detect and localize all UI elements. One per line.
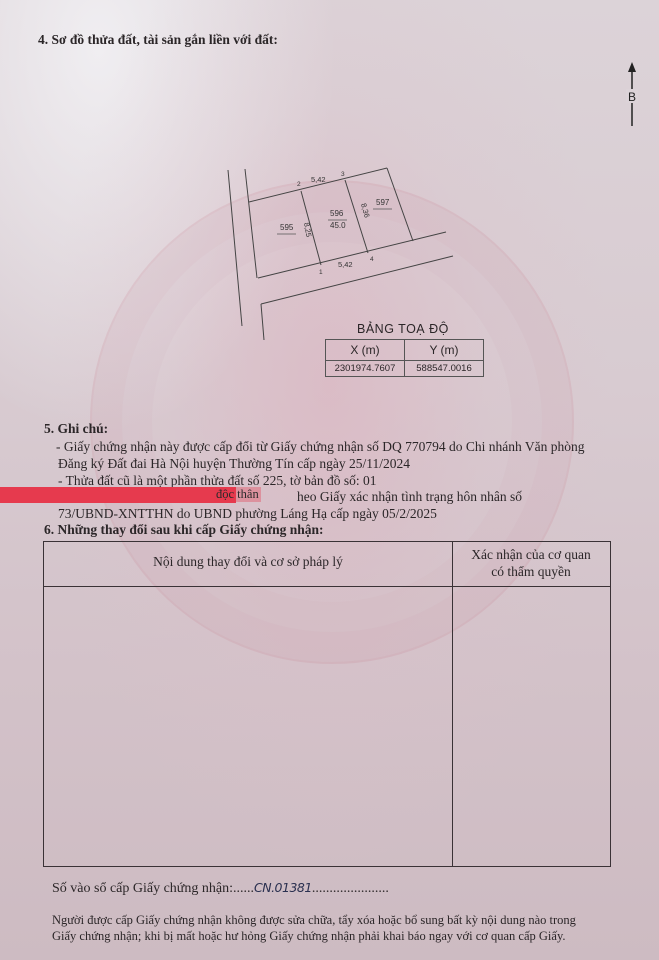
coord-y-value: 588547.0016 [405, 361, 484, 377]
warning-line-2: Giấy chứng nhận; khi bị mất hoặc hư hỏng… [52, 928, 566, 945]
parcel-596-label: 596 [330, 209, 344, 218]
north-label: B [628, 90, 636, 104]
section-5-heading: 5. Ghi chú: [44, 421, 108, 437]
north-arrow-icon: B [625, 62, 639, 128]
point-1-label: 1 [319, 269, 323, 276]
register-label: Số vào sổ cấp Giấy chứng nhận:...... [52, 881, 254, 896]
redacted-fragment: độc thân [214, 487, 261, 502]
parcel-597-label: 597 [376, 198, 390, 207]
changes-table: Nội dung thay đổi và cơ sở pháp lý Xác n… [43, 541, 611, 867]
register-value: CN.01381 [254, 880, 312, 895]
register-dots: ...................... [312, 881, 389, 896]
section-4-heading: 4. Sơ đồ thửa đất, tài sản gắn liền với … [38, 32, 278, 48]
point-2-label: 2 [297, 181, 301, 188]
coord-x-value: 2301974.7607 [326, 361, 405, 377]
coord-header-x: X (m) [326, 340, 405, 361]
coord-table: X (m) Y (m) 2301974.7607 588547.0016 [325, 339, 484, 377]
edge-right-length: 8,36 [359, 202, 371, 218]
warning-line-1: Người được cấp Giấy chứng nhận không đượ… [52, 912, 576, 929]
note-line-5: 73/UBND-XNTTHN do UBND phường Láng Hạ cấ… [58, 505, 437, 522]
note-line-2: Đăng ký Đất đai Hà Nội huyện Thường Tín … [58, 455, 410, 472]
edge-top-length: 5,42 [311, 175, 326, 184]
coord-table-title: BẢNG TOẠ ĐỘ [357, 322, 449, 336]
confirmation-line-1: Xác nhận của cơ quan [452, 546, 610, 563]
parcel-595-label: 595 [280, 223, 294, 232]
changes-header-content: Nội dung thay đổi và cơ sở pháp lý [44, 554, 452, 570]
parcel-diagram: 2 3 1 4 5,42 5,42 8,25 8,36 595 596 45.0… [220, 160, 490, 340]
parcel-596-area: 45.0 [330, 221, 346, 230]
changes-header-confirmation: Xác nhận của cơ quan có thẩm quyền [452, 546, 610, 580]
edge-left-length: 8,25 [302, 222, 313, 238]
confirmation-line-2: có thẩm quyền [452, 563, 610, 580]
section-6-heading: 6. Những thay đổi sau khi cấp Giấy chứng… [44, 522, 324, 538]
point-4-label: 4 [370, 256, 374, 263]
redaction-bar [0, 487, 236, 503]
edge-bottom-length: 5,42 [338, 260, 353, 269]
point-3-label: 3 [341, 171, 345, 178]
note-line-4: heo Giấy xác nhận tình trạng hôn nhân số [297, 488, 522, 505]
coord-header-y: Y (m) [405, 340, 484, 361]
register-number-row: Số vào sổ cấp Giấy chứng nhận:......CN.0… [52, 879, 389, 897]
note-line-1: - Giấy chứng nhận này được cấp đổi từ Gi… [56, 438, 584, 455]
